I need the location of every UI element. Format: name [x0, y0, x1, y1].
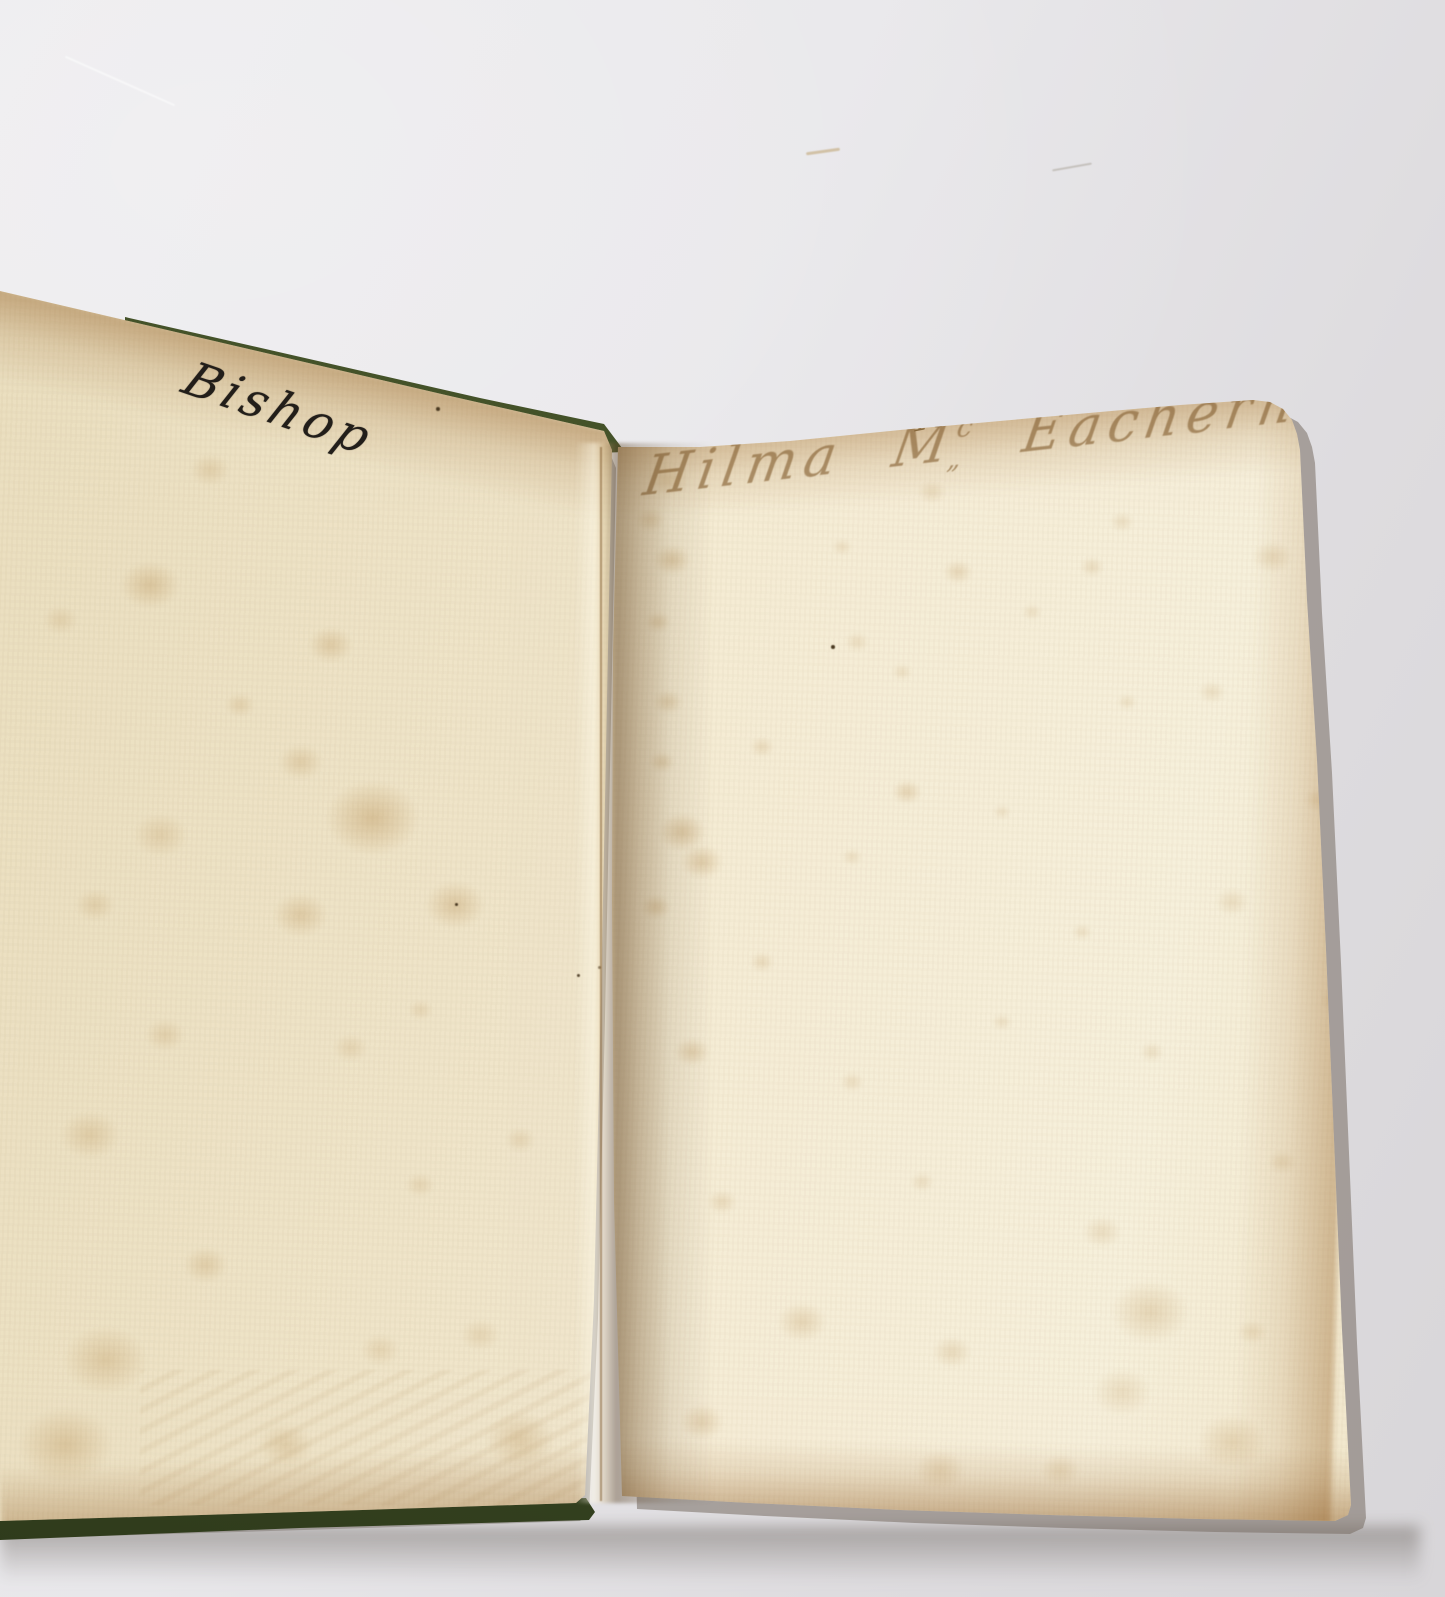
foxing-spot	[225, 693, 255, 717]
foxing-spot	[485, 1412, 555, 1468]
foxing-spot	[943, 560, 973, 584]
ink-speck	[436, 407, 440, 411]
foxing-spot	[915, 1450, 965, 1490]
foxing-spot	[918, 481, 946, 503]
foxing-spot	[1237, 1320, 1267, 1344]
foxing-spot	[840, 1072, 864, 1091]
foxing-spot	[1022, 604, 1042, 620]
foxing-spot	[190, 454, 230, 486]
foxing-spot	[1110, 512, 1134, 531]
book-drop-shadow	[0, 1526, 1420, 1582]
foxing-spot	[60, 1111, 120, 1159]
foxing-spot	[505, 1128, 535, 1152]
ink-speck	[455, 903, 458, 906]
foxing-spot	[842, 849, 862, 865]
foxing-spot	[408, 1000, 433, 1020]
foxing-spot	[360, 1334, 400, 1366]
foxing-spot	[1197, 1414, 1267, 1470]
foxing-spot	[750, 952, 774, 971]
foxing-spot	[993, 805, 1011, 819]
foxing-spot	[333, 1034, 368, 1062]
foxing-spot	[1252, 541, 1292, 573]
foxing-spot	[1117, 694, 1137, 710]
foxing-spot	[308, 627, 353, 663]
foxing-spot	[1268, 1151, 1296, 1173]
foxing-spot	[18, 1407, 113, 1483]
foxing-spot	[750, 737, 774, 756]
foxing-spot	[1082, 1216, 1122, 1248]
foxing-spot	[273, 893, 328, 937]
foxing-spot	[278, 744, 323, 780]
book-photo: Bishop 1902 Hilma Mc„ Eachern .	[0, 0, 1445, 1597]
foxing-spot	[1140, 1042, 1164, 1061]
foxing-spot	[63, 1326, 148, 1394]
foxing-spot	[1040, 1454, 1080, 1486]
foxing-spot	[460, 1319, 500, 1351]
foxing-spot	[777, 1302, 827, 1342]
foxing-spot	[1110, 1280, 1190, 1344]
foxing-spot	[932, 1336, 972, 1368]
foxing-spot	[992, 1014, 1012, 1030]
foxing-spot	[1215, 888, 1249, 915]
foxing-spot	[43, 606, 78, 634]
foxing-spot	[910, 1172, 934, 1191]
foxing-spot	[183, 1247, 228, 1283]
foxing-spot	[145, 1019, 185, 1051]
ink-speck	[831, 645, 835, 649]
foxing-spot	[1092, 1368, 1152, 1416]
gutter-crease-line	[600, 447, 602, 1501]
foxing-spot	[1198, 681, 1226, 703]
gutter-shadow	[575, 443, 713, 1503]
foxing-spot	[892, 664, 912, 680]
foxing-spot	[1080, 557, 1104, 576]
foxing-spot	[405, 1173, 435, 1197]
foxing-spot	[120, 561, 180, 609]
foxing-spot	[133, 813, 188, 857]
foxing-spot	[892, 780, 922, 804]
foxing-spot	[1072, 924, 1092, 940]
foxing-spot	[258, 1423, 313, 1467]
foxing-spot	[845, 632, 869, 651]
foxing-spot	[75, 889, 115, 921]
foxing-spot	[325, 780, 420, 856]
foxing-spot	[832, 539, 852, 555]
